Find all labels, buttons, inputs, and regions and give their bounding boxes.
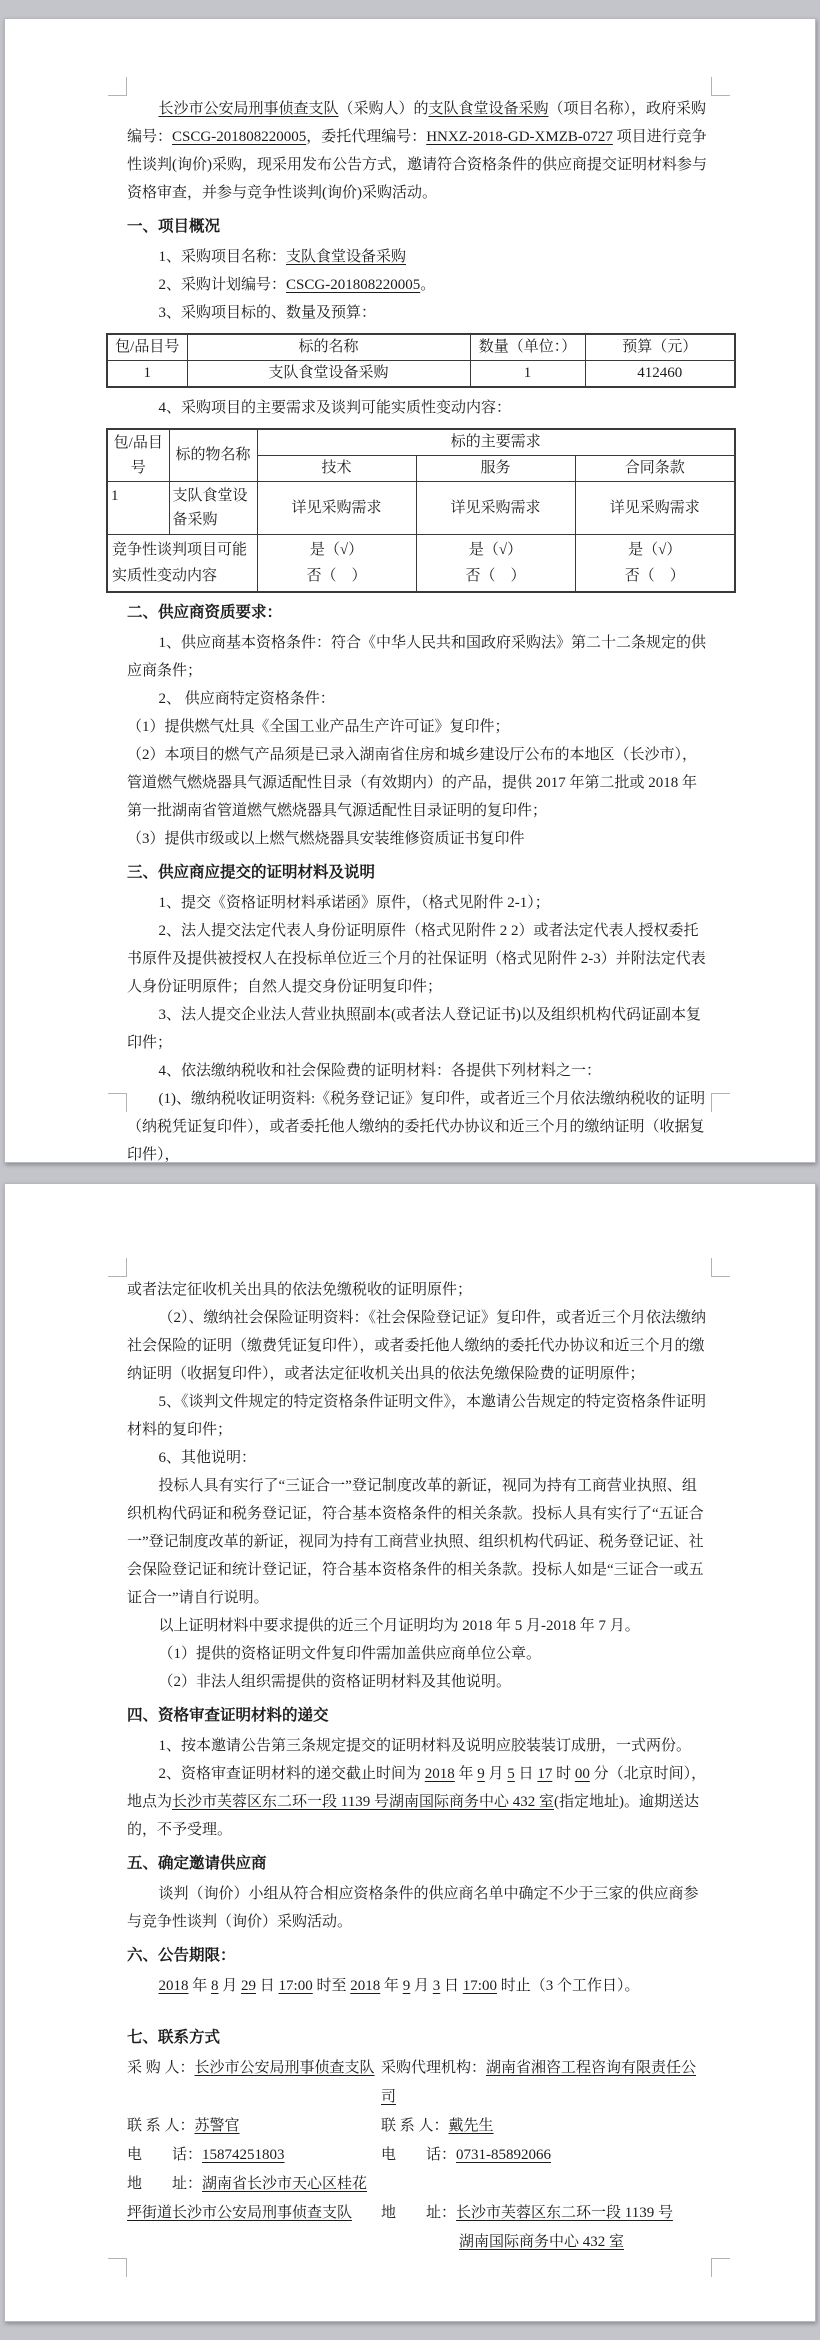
- text: 1、按本邀请公告第三条规定提交的证明材料及说明应胶装装订成册，一式两份。: [159, 1738, 692, 1754]
- budget-table: 包/品目号 标的名称 数量（单位：） 预算（元） 1 支队食堂设备采购 1 41…: [106, 333, 736, 388]
- text: 年: [380, 1978, 403, 1994]
- business-license-item: 3、法人提交企业法人营业执照副本(或者法人登记证书)以及组织机构代码证副本复印件…: [127, 1001, 711, 1057]
- quantity-cell: 1: [470, 361, 585, 388]
- contact-label: 电 话：: [127, 2147, 202, 2163]
- budget-table-header-row: 包/品目号 标的名称 数量（单位：） 预算（元）: [107, 334, 735, 361]
- contact-row: 地 址：湖南省长沙市天心区桂花: [127, 2170, 711, 2199]
- underlined-text: 8: [211, 1978, 219, 1994]
- supplier-selection-paragraph: 谈判（询价）小组从符合相应资格条件的供应商名单中确定不少于三家的供应商参与竞争性…: [127, 1880, 711, 1936]
- margin-crop-mark: [108, 1093, 127, 1112]
- text: 月: [410, 1978, 433, 1994]
- margin-crop-mark: [711, 77, 730, 96]
- text: 1、提交《资格证明材料承诺函》原件，（格式见附件 2-1）；: [159, 895, 550, 911]
- document-page-1: 长沙市公安局刑事侦查支队（采购人）的支队食堂设备采购（项目名称），政府采购编号：…: [4, 18, 816, 1163]
- contact-row: 坪街道长沙市公安局刑事侦查支队地 址：长沙市芙蓉区东二环一段 1139 号: [127, 2199, 711, 2228]
- text: （3）提供市级或以上燃气燃烧器具安装维修资质证书复印件: [127, 831, 525, 847]
- budget-table-header: 数量（单位：）: [470, 334, 585, 361]
- requirements-table: 包/品目号 标的物名称 标的主要需求 技术 服务 合同条款 1 支队食堂设备采购…: [106, 428, 736, 593]
- text: （采购人）的: [339, 101, 429, 117]
- contact-right-cell: 湖南国际商务中心 432 室: [381, 2228, 711, 2257]
- contact-label: 采 购 人：: [127, 2060, 195, 2076]
- margin-crop-mark: [108, 2258, 127, 2277]
- contact-value: 坪街道长沙市公安局刑事侦查支队: [127, 2199, 352, 2228]
- legal-rep-item: 2、法人提交法定代表人身份证明原件（格式见附件 2 2）或者法定代表人授权委托书…: [127, 917, 711, 1001]
- tax-social-item: 4、依法缴纳税收和社会保险费的证明材料：各提供下列材料之一：: [127, 1057, 711, 1085]
- underlined-text: 17:00: [279, 1978, 313, 1994]
- text: （2）、缴纳社会保险证明资料：《社会保险登记证》复印件，或者近三个月依法缴纳社会…: [127, 1310, 706, 1382]
- subject-name-header: 标的物名称: [169, 429, 257, 482]
- main-requirements-header: 标的主要需求: [257, 429, 735, 456]
- text: 1、采购项目名称：: [159, 249, 287, 265]
- text: 5、《谈判文件规定的特定资格条件证明文件》，本邀请公告规定的特定资格条件证明材料…: [127, 1394, 706, 1438]
- contact-row: 采 购 人：长沙市公安局刑事侦查支队采购代理机构：湖南省湘咨工程咨询有限责任公司: [127, 2054, 711, 2112]
- contact-value: 戴先生: [449, 2118, 494, 2134]
- underlined-text: 9: [477, 1766, 485, 1782]
- yes-option: 是（√）: [421, 537, 571, 563]
- text: 谈判（询价）小组从符合相应资格条件的供应商名单中确定不少于三家的供应商参与竞争性…: [127, 1886, 699, 1930]
- contact-left-cell: 采 购 人：长沙市公安局刑事侦查支队: [127, 2054, 381, 2112]
- basic-qualification-item: 1、供应商基本资格条件：符合《中华人民共和国政府采购法》第二十二条规定的供应商条…: [127, 629, 711, 685]
- service-requirement-cell: 详见采购需求: [416, 482, 575, 535]
- tech-header: 技术: [257, 456, 416, 482]
- text: 4、采购项目的主要需求及谈判可能实质性变动内容：: [159, 400, 512, 416]
- margin-crop-mark: [711, 1093, 730, 1112]
- text: 。: [420, 277, 435, 293]
- binding-item: 1、按本邀请公告第三条规定提交的证明材料及说明应胶装装订成册，一式两份。: [127, 1732, 711, 1760]
- text: ，委托代理编号：: [306, 129, 426, 145]
- text: 时止（3 个工作日）。: [497, 1978, 640, 1994]
- section-7-heading: 七、联系方式: [127, 2024, 711, 2052]
- text: 或者法定征收机关出具的依法免缴税收的证明原件；: [127, 1282, 472, 1298]
- underlined-text: 长沙市公安局刑事侦查支队: [159, 101, 339, 117]
- substantive-change-label: 竞争性谈判项目可能实质性变动内容: [107, 535, 257, 593]
- gas-catalog-item: （2）本项目的燃气产品须是已录入湖南省住房和城乡建设厅公布的本地区（长沙市），管…: [127, 741, 711, 825]
- text: 3、采购项目标的、数量及预算：: [159, 305, 377, 321]
- service-change-cell: 是（√） 否（ ）: [416, 535, 575, 593]
- underlined-text: CSCG-201808220005: [172, 129, 306, 145]
- contact-label: 采购代理机构：: [381, 2060, 486, 2076]
- three-month-note: 以上证明材料中要求提供的近三个月证明均为 2018 年 5 月-2018 年 7…: [127, 1612, 711, 1640]
- contact-left-cell: 电 话：15874251803: [127, 2141, 381, 2170]
- contract-requirement-cell: 详见采购需求: [575, 482, 735, 535]
- text: （1）提供的资格证明文件复印件需加盖供应商单位公章。: [159, 1646, 542, 1662]
- budget-item: 3、采购项目标的、数量及预算：: [127, 299, 711, 327]
- contract-terms-header: 合同条款: [575, 456, 735, 482]
- non-legal-person-note: （2）非法人组织需提供的资格证明材料及其他说明。: [127, 1668, 711, 1696]
- budget-table-header: 预算（元）: [585, 334, 735, 361]
- underlined-text: HNXZ-2018-GD-XMZB-0727: [426, 129, 613, 145]
- text: 时: [552, 1766, 575, 1782]
- intro-paragraph: 长沙市公安局刑事侦查支队（采购人）的支队食堂设备采购（项目名称），政府采购编号：…: [127, 95, 711, 207]
- contact-left-cell: [127, 2228, 381, 2257]
- three-in-one-paragraph: 投标人具有实行了“三证合一”登记制度改革的新证，视同为持有工商营业执照、组织机构…: [127, 1472, 711, 1612]
- gas-license-item: （1）提供燃气灶具《全国工业产品生产许可证》复印件；: [127, 713, 711, 741]
- margin-crop-mark: [711, 2258, 730, 2277]
- margin-crop-mark: [108, 77, 127, 96]
- text: 年: [189, 1978, 212, 1994]
- text: 6、其他说明：: [159, 1450, 257, 1466]
- contact-value: 湖南国际商务中心 432 室: [459, 2234, 624, 2250]
- contact-label: 电 话：: [381, 2147, 456, 2163]
- text: 月: [219, 1978, 242, 1994]
- underlined-text: 17: [537, 1766, 552, 1782]
- text: 点为: [142, 1794, 172, 1810]
- document-viewer: 长沙市公安局刑事侦查支队（采购人）的支队食堂设备采购（项目名称），政府采购编号：…: [0, 18, 820, 2340]
- contact-right-cell: 电 话：0731-85892066: [381, 2141, 711, 2170]
- project-name-item: 1、采购项目名称：支队食堂设备采购: [127, 243, 711, 271]
- contact-right-cell: [381, 2170, 711, 2199]
- text: （1）提供燃气灶具《全国工业产品生产许可证》复印件；: [127, 719, 510, 735]
- underlined-text: 17:00: [463, 1978, 497, 1994]
- contact-label: 地 址：: [127, 2176, 202, 2192]
- text: (1)、缴纳税收证明资料:《税务登记证》复印件，或者近三个月依法缴纳税收的证明（…: [127, 1091, 705, 1163]
- yes-option: 是（√）: [262, 537, 412, 563]
- text: 2、 供应商特定资格条件：: [159, 691, 335, 707]
- text: （2）非法人组织需提供的资格证明材料及其他说明。: [159, 1674, 512, 1690]
- underlined-text: 支队食堂设备采购: [429, 101, 549, 117]
- text: 日: [256, 1978, 279, 1994]
- no-option: 否（ ）: [580, 563, 731, 589]
- contact-left-cell: 坪街道长沙市公安局刑事侦查支队: [127, 2199, 381, 2228]
- section-4-heading: 四、资格审查证明材料的递交: [127, 1702, 711, 1730]
- tech-requirement-cell: 详见采购需求: [257, 482, 416, 535]
- contact-rows: 采 购 人：长沙市公安局刑事侦查支队采购代理机构：湖南省湘咨工程咨询有限责任公司…: [127, 2054, 711, 2257]
- contact-right-cell: 采购代理机构：湖南省湘咨工程咨询有限责任公司: [381, 2054, 711, 2112]
- underlined-text: 2018: [159, 1978, 189, 1994]
- plan-number-item: 2、采购计划编号：CSCG-201808220005。: [127, 271, 711, 299]
- text: 2、法人提交法定代表人身份证明原件（格式见附件 2 2）或者法定代表人授权委托书…: [127, 923, 706, 995]
- contact-value: 长沙市芙蓉区东二环一段 1139 号: [456, 2205, 673, 2221]
- text: （2）本项目的燃气产品须是已录入湖南省住房和城乡建设厅公布的本地区（长沙市），管…: [127, 747, 697, 819]
- section-6-heading: 六、公告期限：: [127, 1942, 711, 1970]
- requirements-item: 4、采购项目的主要需求及谈判可能实质性变动内容：: [127, 394, 711, 422]
- social-insurance-proof-item: （2）、缴纳社会保险证明资料：《社会保险登记证》复印件，或者近三个月依法缴纳社会…: [127, 1304, 711, 1388]
- budget-table-header: 包/品目号: [107, 334, 187, 361]
- text: 以上证明材料中要求提供的近三个月证明均为 2018 年 5 月-2018 年 7…: [159, 1618, 640, 1634]
- contact-value: 湖南省长沙市天心区桂花: [202, 2170, 367, 2199]
- contact-row: 联 系 人：苏警官联 系 人：戴先生: [127, 2112, 711, 2141]
- requirements-table-header-row: 包/品目号 标的物名称 标的主要需求: [107, 429, 735, 456]
- page-1-content: 长沙市公安局刑事侦查支队（采购人）的支队食堂设备采购（项目名称），政府采购编号：…: [127, 95, 711, 1163]
- margin-crop-mark: [711, 1258, 730, 1277]
- text: 四、资格审查证明材料的递交: [127, 1707, 329, 1724]
- contact-row: 湖南国际商务中心 432 室: [127, 2228, 711, 2257]
- text: 五、确定邀请供应商: [127, 1855, 267, 1872]
- underlined-text: 2018: [350, 1978, 380, 1994]
- underlined-text: 支队食堂设备采购: [286, 249, 406, 265]
- section-2-heading: 二、供应商资质要求：: [127, 599, 711, 627]
- text: 2、资格审查证明材料的递交截止时间为: [159, 1766, 425, 1782]
- section-1-heading: 一、项目概况: [127, 213, 711, 241]
- specific-qualification-item: 2、 供应商特定资格条件：: [127, 685, 711, 713]
- text: 3、法人提交企业法人营业执照副本(或者法人登记证书)以及组织机构代码证副本复印件…: [127, 1007, 701, 1051]
- text: 2、采购计划编号：: [159, 277, 287, 293]
- subject-name-cell: 支队食堂设备采购: [169, 482, 257, 535]
- page-2-content: 或者法定征收机关出具的依法免缴税收的证明原件；（2）、缴纳社会保险证明资料：《社…: [127, 1276, 711, 2000]
- section-3-heading: 三、供应商应提交的证明材料及说明: [127, 859, 711, 887]
- section-5-heading: 五、确定邀请供应商: [127, 1850, 711, 1878]
- text: 一、项目概况: [127, 218, 220, 235]
- contract-change-cell: 是（√） 否（ ）: [575, 535, 735, 593]
- tax-proof-item: (1)、缴纳税收证明资料:《税务登记证》复印件，或者近三个月依法缴纳税收的证明（…: [127, 1085, 711, 1163]
- contact-label: 地 址：: [381, 2205, 456, 2221]
- repair-certificate-item: （3）提供市级或以上燃气燃烧器具安装维修资质证书复印件: [127, 825, 711, 853]
- underlined-text: 5: [507, 1766, 515, 1782]
- contact-value: 0731-85892066: [456, 2147, 551, 2163]
- no-option: 否（ ）: [421, 563, 571, 589]
- document-page-2: 或者法定征收机关出具的依法免缴税收的证明原件；（2）、缴纳社会保险证明资料：《社…: [4, 1183, 816, 2322]
- item-number-cell: 1: [107, 482, 169, 535]
- contact-section: 七、联系方式 采 购 人：长沙市公安局刑事侦查支队采购代理机构：湖南省湘咨工程咨…: [127, 2024, 711, 2257]
- specific-docs-item: 5、《谈判文件规定的特定资格条件证明文件》，本邀请公告规定的特定资格条件证明材料…: [127, 1388, 711, 1444]
- tax-proof-continued: 或者法定征收机关出具的依法免缴税收的证明原件；: [127, 1276, 711, 1304]
- contact-value: 长沙市公安局刑事侦查支队: [195, 2054, 375, 2083]
- other-notes-item: 6、其他说明：: [127, 1444, 711, 1472]
- tech-change-cell: 是（√） 否（ ）: [257, 535, 416, 593]
- underlined-text: 2018: [425, 1766, 455, 1782]
- subject-name-cell: 支队食堂设备采购: [187, 361, 470, 388]
- underlined-text: 29: [241, 1978, 256, 1994]
- no-option: 否（ ）: [262, 563, 412, 589]
- budget-amount-cell: 412460: [585, 361, 735, 388]
- underlined-text: 00: [575, 1766, 590, 1782]
- contact-left-cell: 联 系 人：苏警官: [127, 2112, 381, 2141]
- item-number-header: 包/品目号: [107, 429, 169, 482]
- contact-label: 联 系 人：: [127, 2118, 195, 2134]
- contact-row: 电 话：15874251803电 话：0731-85892066: [127, 2141, 711, 2170]
- contact-right-cell: 联 系 人：戴先生: [381, 2112, 711, 2141]
- text: 二、供应商资质要求：: [127, 604, 282, 621]
- contact-left-cell: 地 址：湖南省长沙市天心区桂花: [127, 2170, 381, 2199]
- text: 年: [455, 1766, 478, 1782]
- contact-value: 苏警官: [195, 2112, 345, 2141]
- text: 六、公告期限：: [127, 1947, 236, 1964]
- deadline-item: 2、资格审查证明材料的递交截止时间为 2018 年 9 月 5 日 17 时 0…: [127, 1760, 711, 1844]
- margin-crop-mark: [108, 1258, 127, 1277]
- budget-table-header: 标的名称: [187, 334, 470, 361]
- requirements-table-row: 1 支队食堂设备采购 详见采购需求 详见采购需求 详见采购需求: [107, 482, 735, 535]
- commitment-letter-item: 1、提交《资格证明材料承诺函》原件，（格式见附件 2-1）；: [127, 889, 711, 917]
- contact-value: 15874251803: [202, 2141, 352, 2170]
- service-header: 服务: [416, 456, 575, 482]
- announcement-period: 2018 年 8 月 29 日 17:00 时至 2018 年 9 月 3 日 …: [127, 1972, 711, 2000]
- text: 月: [485, 1766, 508, 1782]
- underlined-text: CSCG-201808220005: [286, 277, 420, 293]
- underlined-text: 长沙市芙蓉区东二环一段 1139 号湖南国际商务中心 432 室: [172, 1794, 554, 1810]
- text: 4、依法缴纳税收和社会保险费的证明材料：各提供下列材料之一：: [159, 1063, 602, 1079]
- text: 1、供应商基本资格条件：符合《中华人民共和国政府采购法》第二十二条规定的供应商条…: [127, 635, 706, 679]
- stamp-note: （1）提供的资格证明文件复印件需加盖供应商单位公章。: [127, 1640, 711, 1668]
- yes-option: 是（√）: [580, 537, 731, 563]
- contact-label: 联 系 人：: [381, 2118, 449, 2134]
- text: 投标人具有实行了“三证合一”登记制度改革的新证，视同为持有工商营业执照、组织机构…: [127, 1478, 704, 1606]
- text: 三、供应商应提交的证明材料及说明: [127, 864, 375, 881]
- text: 时至: [313, 1978, 351, 1994]
- substantive-change-row: 竞争性谈判项目可能实质性变动内容 是（√） 否（ ） 是（√） 否（ ） 是（√…: [107, 535, 735, 593]
- text: 日: [515, 1766, 538, 1782]
- text: 日: [440, 1978, 463, 1994]
- package-number-cell: 1: [107, 361, 187, 388]
- contact-right-cell: 地 址：长沙市芙蓉区东二环一段 1139 号: [381, 2199, 711, 2228]
- budget-table-row: 1 支队食堂设备采购 1 412460: [107, 361, 735, 388]
